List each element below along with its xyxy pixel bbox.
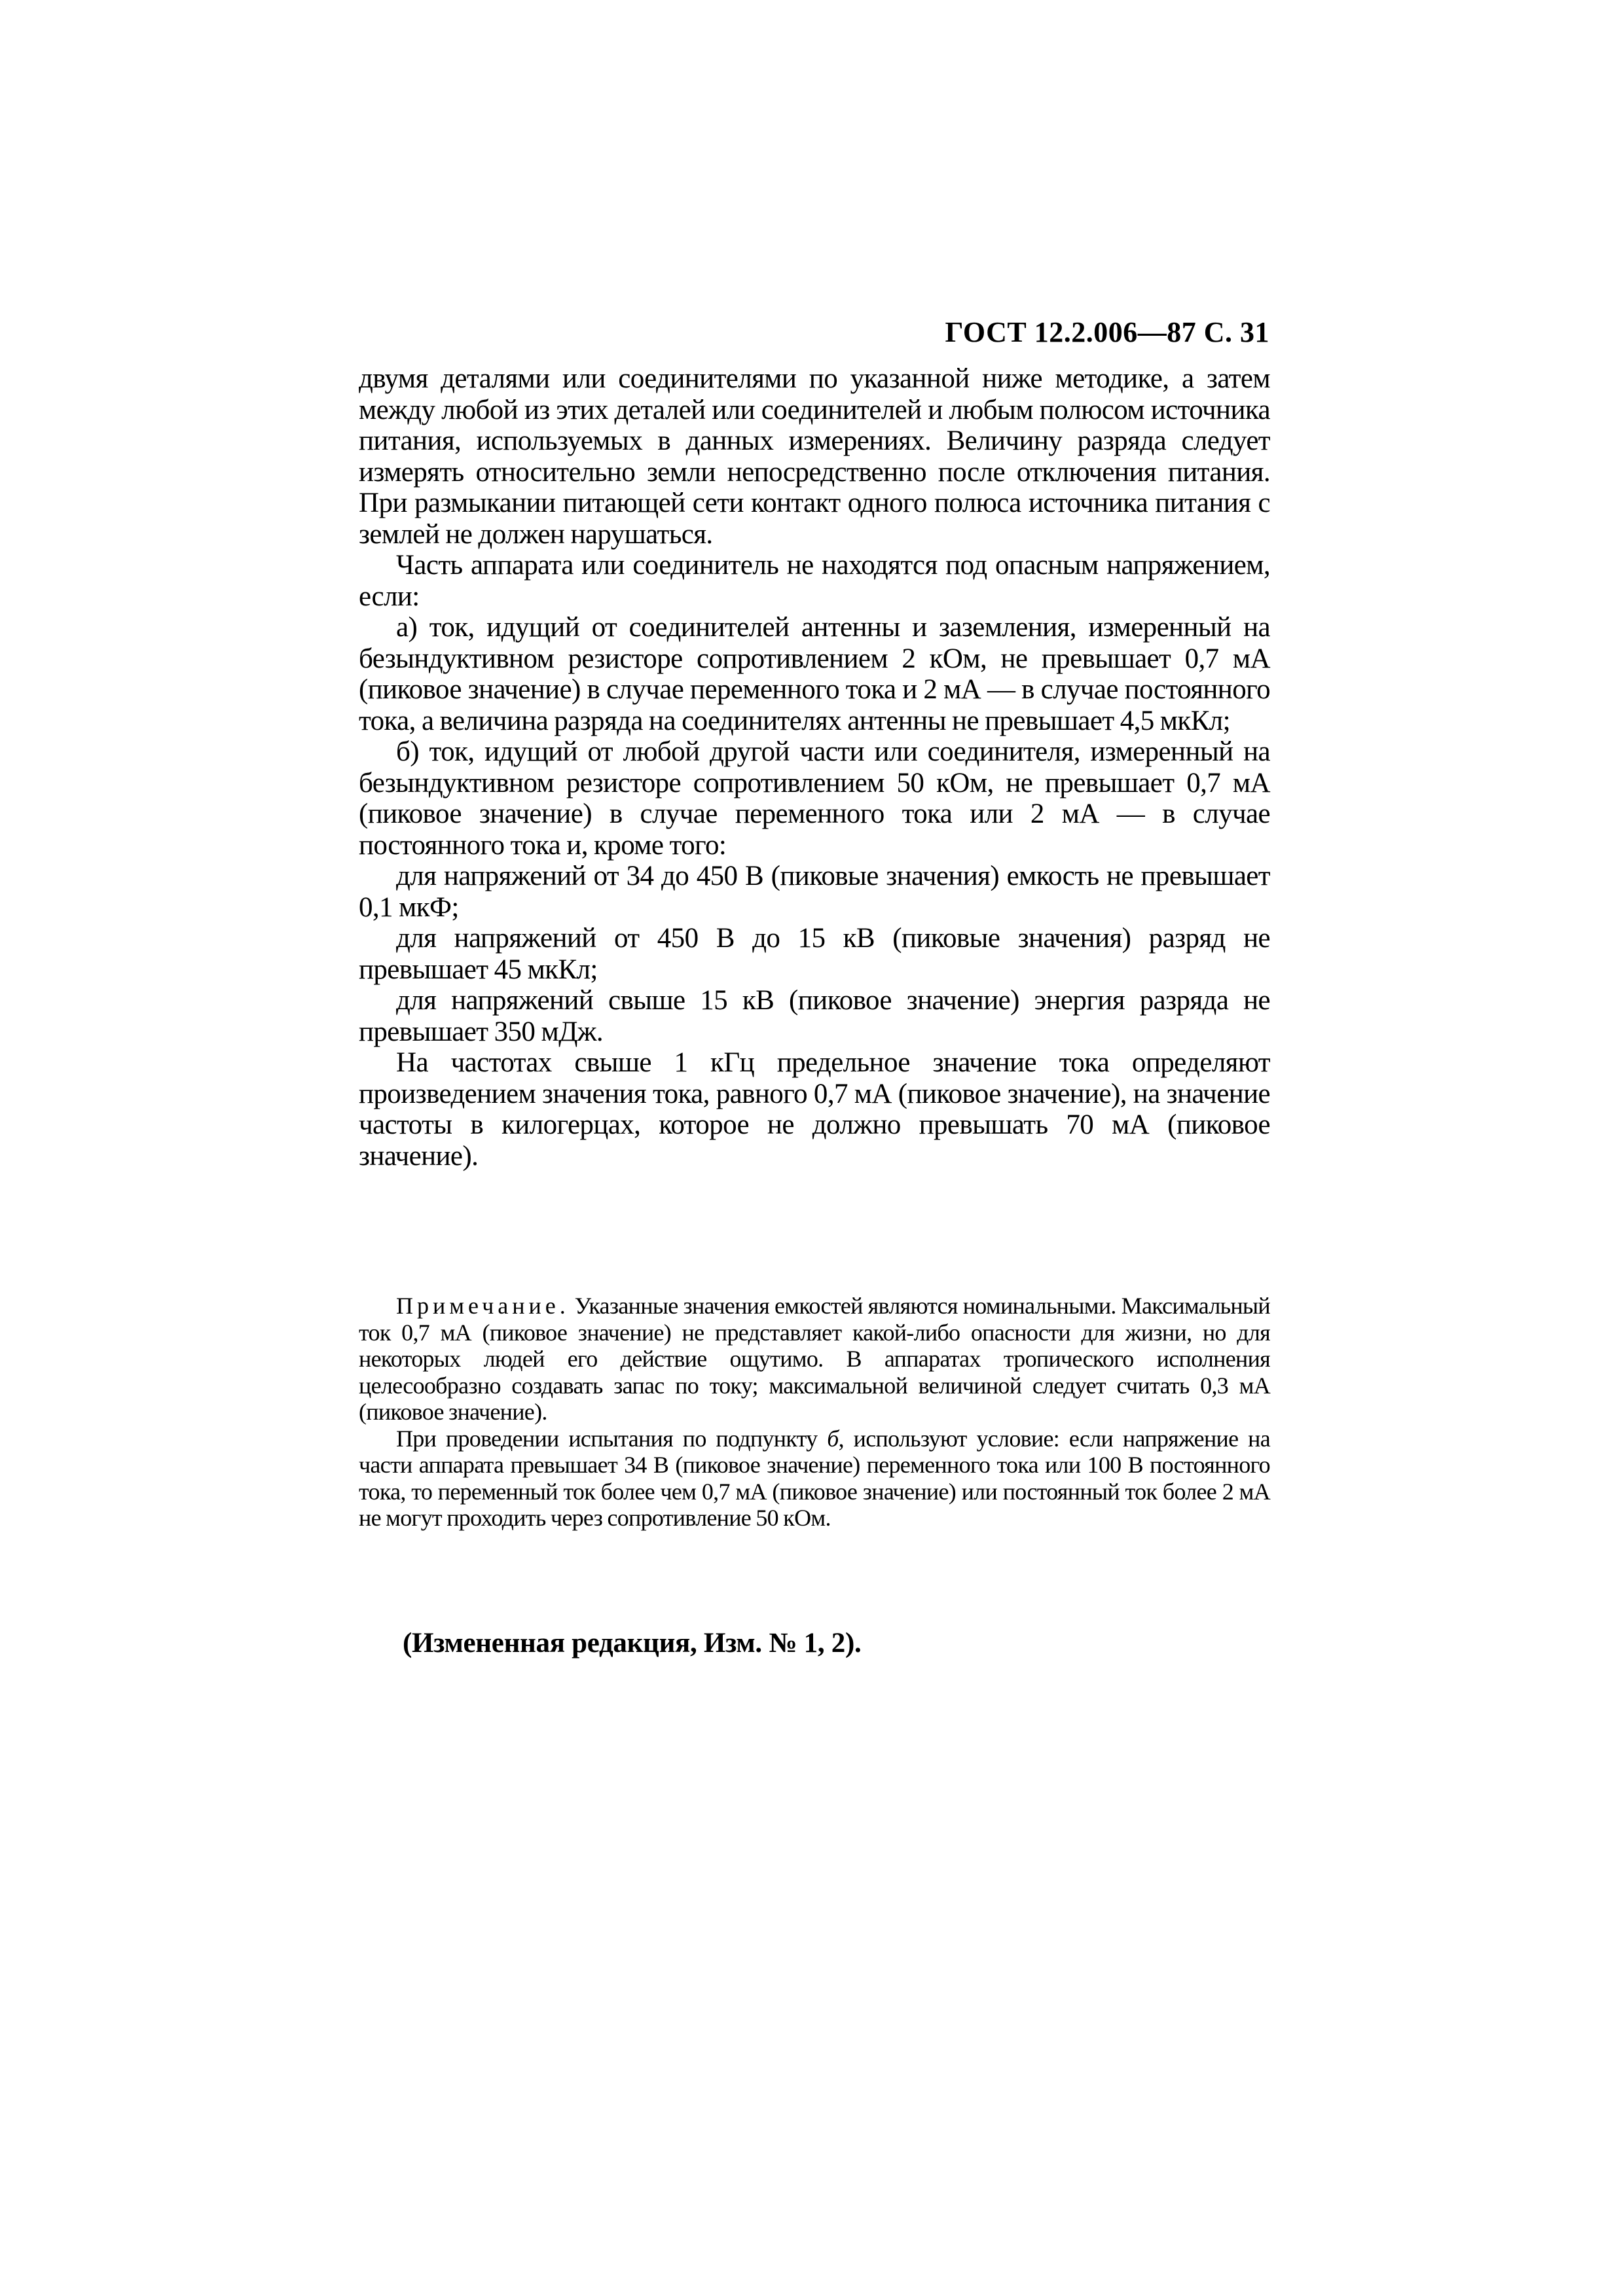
test-condition-paragraph: При проведении испытания по подпункту б,… [359, 1426, 1270, 1532]
note-paragraph: Примечание. Указанные значения емкостей … [359, 1293, 1270, 1426]
page-header-standard-ref: ГОСТ 12.2.006—87 С. 31 [945, 315, 1269, 349]
paragraph-voltage-450-15k: для напряжений от 450 В до 15 кВ (пиковы… [359, 923, 1270, 985]
note-block: Примечание. Указанные значения емкостей … [359, 1293, 1270, 1532]
test-condition-item-ref: б [827, 1426, 838, 1452]
paragraph-frequency-limit: На частотах свыше 1 кГц предельное значе… [359, 1047, 1270, 1172]
paragraph-continuation: двумя деталями или соединителями по указ… [359, 363, 1270, 550]
main-text-block: двумя деталями или соединителями по указ… [359, 363, 1270, 1172]
paragraph-voltage-34-450: для напряжений от 34 до 450 В (пиковые з… [359, 861, 1270, 923]
test-condition-start: При проведении испытания по подпункту [396, 1426, 827, 1452]
amendment-note: (Измененная редакция, Изм. № 1, 2). [403, 1627, 861, 1659]
paragraph-voltage-over-15k: для напряжений свыше 15 кВ (пиковое знач… [359, 985, 1270, 1047]
note-label: Примечание. [396, 1293, 570, 1319]
paragraph-conditions-intro: Часть аппарата или соединитель не находя… [359, 550, 1270, 612]
paragraph-item-a: а) ток, идущий от соединителей антенны и… [359, 612, 1270, 736]
paragraph-item-b: б) ток, идущий от любой другой части или… [359, 736, 1270, 861]
